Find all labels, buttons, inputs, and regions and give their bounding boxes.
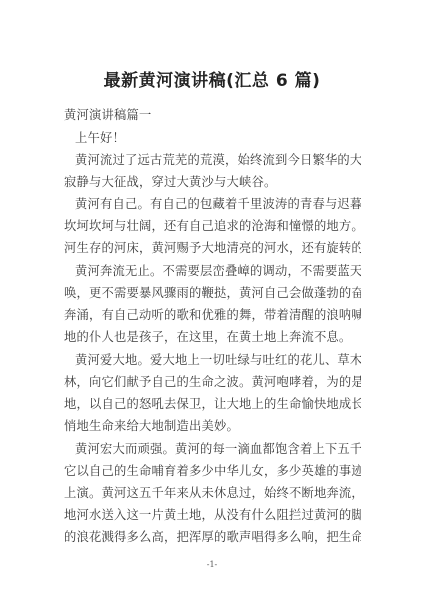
document-title: 最新黄河演讲稿(汇总 6 篇) [0,66,424,91]
paragraph-line: 黄河宏大而顽强。黄河的每一滴血都饱含着上下五千年的历史， [75,442,361,456]
greeting: 上午好！ [75,131,361,145]
paragraph-line: 地的仆人也是孩子，在这里，在黄土地上奔流不息。 [64,330,361,344]
paragraph-line: 唤，更不需要暴风骤雨的鞭挞，黄河自己会做蓬勃的奋飞，豪迈的 [64,286,361,300]
section-heading: 黄河演讲稿篇一 [64,108,361,122]
paragraph-line: 寂静与大征战，穿过大黄沙与大峡谷。 [64,175,361,189]
page-number: -1- [0,560,424,569]
paragraph-line: 悄地生命来给大地制造出美妙。 [64,419,361,433]
paragraph-line: 地，以自己的怒吼去保卫，让大地上的生命愉快地成长，用自己悄 [64,397,361,411]
paragraph-line: 河生存的河床，黄河赐予大地清亮的河水，还有旋转的血。 [64,241,361,255]
paragraph-line: 林，向它们献予自己的生命之波。黄河咆哮着，为的是爱护着大 [64,375,361,389]
paragraph-line: 的浪花溅得多么高，把浑厚的歌声唱得多么响，把生命的文化推得 [64,530,361,544]
paragraph-line: 坎坷坎坷与壮阔，还有自己追求的沧海和憧憬的地方。大地给了黄 [64,219,361,233]
paragraph-line: 奔涌，有自己动听的歌和优雅的舞，带着清醒的浪呐喊。它既是大 [64,308,361,322]
paragraph-line: 黄河流过了远古荒芜的荒漠，始终流到今日繁华的大地，穿过大 [75,153,361,167]
paragraph-line: 黄河有自己。有自己的包藏着千里波涛的青春与迟暮，有自己的 [75,197,361,211]
paragraph-line: 它以自己的生命哺育着多少中华儿女，多少英雄的事迹在黄河身边 [64,464,361,478]
paragraph-line: 上演。黄河这五千年来从未休息过，始终不断地奔流，把源源不断 [64,486,361,500]
paragraph-line: 黄河爱大地。爱大地上一切吐绿与吐红的花儿、草木、庄稼与森 [75,353,361,367]
paragraph-line: 黄河奔流无止。不需要层峦叠嶂的调动，不需要蓝天白云的召 [75,264,361,278]
paragraph-line: 地河水送入这一片黄土地，从没有什么阻拦过黄河的脚步，把澎湃 [64,508,361,522]
